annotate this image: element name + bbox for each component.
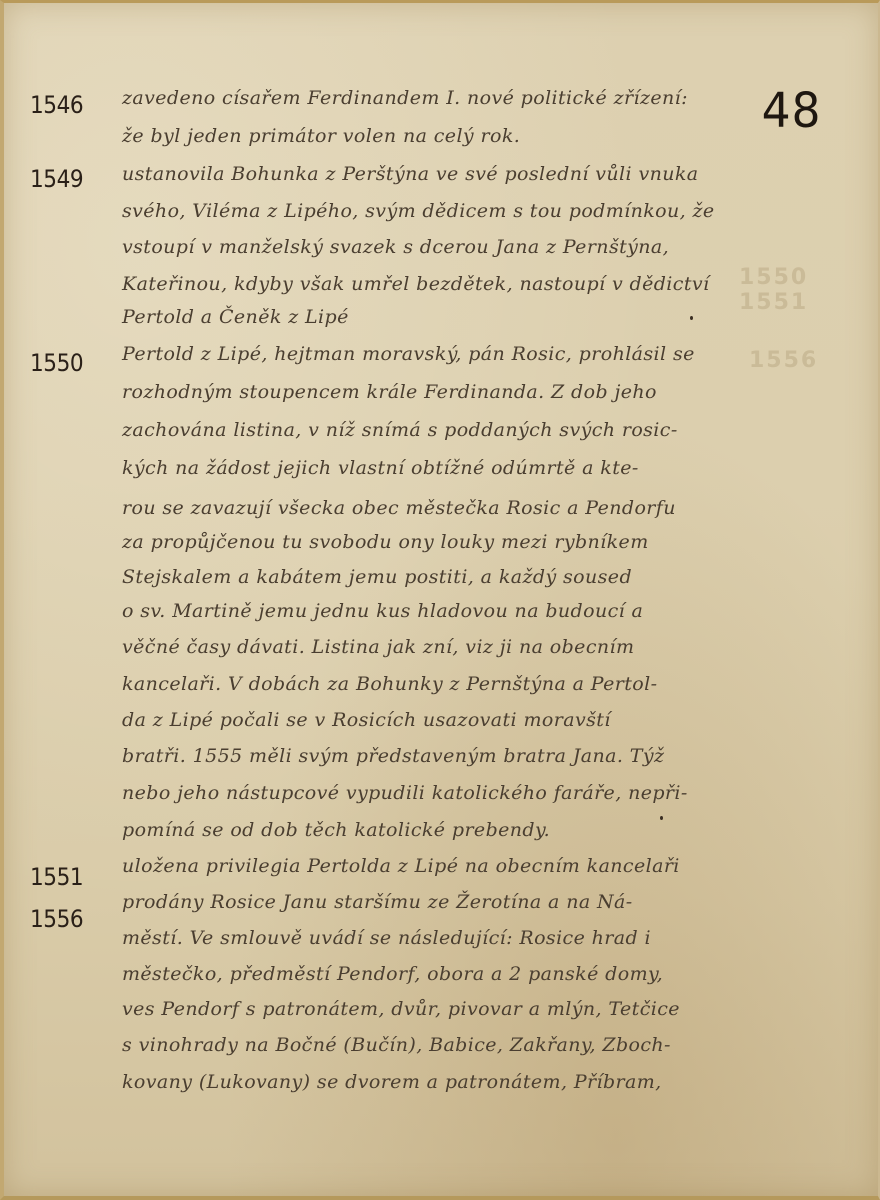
year-label: 1546	[30, 91, 83, 119]
text-line: Stejskalem a kabátem jemu postiti, a kaž…	[122, 566, 722, 588]
bleed-through-text: 1550 1551	[739, 265, 878, 315]
text-line: městečko, předměstí Pendorf, obora a 2 p…	[122, 963, 722, 985]
text-line: zachována listina, v níž snímá s poddaný…	[122, 419, 722, 441]
text-line: rozhodným stoupencem krále Ferdinanda. Z…	[122, 381, 722, 403]
text-line: s vinohrady na Bočné (Bučín), Babice, Za…	[122, 1034, 722, 1056]
year-label: 1550	[30, 349, 83, 377]
text-line: prodány Rosice Janu staršímu ze Žerotína…	[122, 891, 722, 913]
text-line: kých na žádost jejich vlastní obtížné od…	[122, 457, 722, 479]
text-line: že byl jeden primátor volen na celý rok.	[122, 125, 722, 147]
text-line: kancelaři. V dobách za Bohunky z Pernštý…	[122, 673, 722, 695]
bleed-through-text: 1556	[749, 348, 818, 373]
year-label: 1551	[30, 863, 83, 891]
text-line: o sv. Martině jemu jednu kus hladovou na…	[122, 600, 722, 622]
text-line: vstoupí v manželský svazek s dcerou Jana…	[122, 236, 722, 258]
text-line: svého, Viléma z Lipého, svým dědicem s t…	[122, 200, 722, 222]
text-line: uložena privilegia Pertolda z Lipé na ob…	[122, 855, 722, 877]
ink-spot	[660, 816, 663, 820]
text-line: bratři. 1555 měli svým představeným brat…	[122, 745, 722, 767]
text-line: da z Lipé počali se v Rosicích usazovati…	[122, 709, 722, 731]
text-line: městí. Ve smlouvě uvádí se následující: …	[122, 927, 722, 949]
manuscript-page: 1550 1551 1556 48 1546 zavedeno císařem …	[0, 0, 880, 1200]
text-line: Kateřinou, kdyby však umřel bezdětek, na…	[122, 273, 722, 295]
text-line: Pertold a Čeněk z Lipé	[122, 306, 722, 328]
text-line: věčné časy dávati. Listina jak zní, viz …	[122, 636, 722, 658]
text-line: ves Pendorf s patronátem, dvůr, pivovar …	[122, 998, 722, 1020]
year-label: 1556	[30, 905, 83, 933]
text-line: rou se zavazují všecka obec městečka Ros…	[122, 497, 722, 519]
text-line: ustanovila Bohunka z Perštýna ve své pos…	[122, 163, 722, 185]
text-line: Pertold z Lipé, hejtman moravský, pán Ro…	[122, 343, 722, 365]
text-line: zavedeno císařem Ferdinandem I. nové pol…	[122, 87, 722, 109]
text-line: kovany (Lukovany) se dvorem a patronátem…	[122, 1071, 722, 1093]
text-line: za propůjčenou tu svobodu ony louky mezi…	[122, 531, 722, 553]
ink-spot	[690, 316, 693, 320]
year-label: 1549	[30, 165, 83, 193]
text-line: pomíná se od dob těch katolické prebendy…	[122, 819, 722, 841]
page-number: 48	[762, 83, 822, 139]
text-line: nebo jeho nástupcové vypudili katolickéh…	[122, 782, 722, 804]
